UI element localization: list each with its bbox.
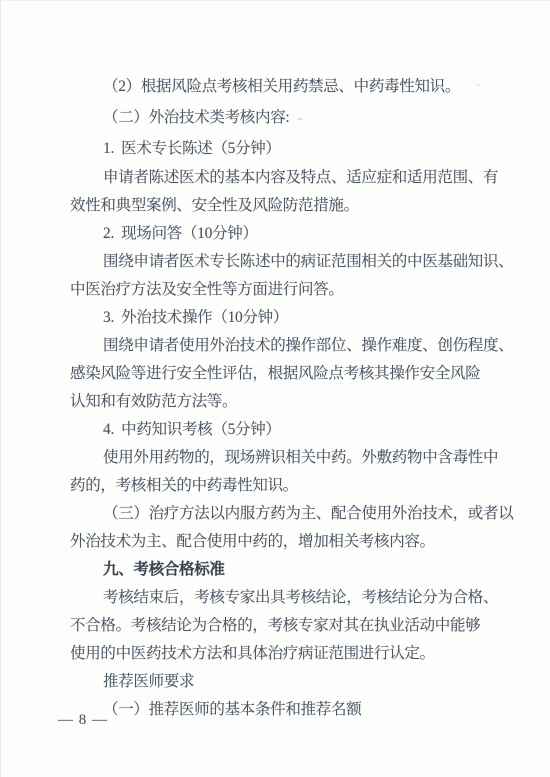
document-body: （2）根据风险点考核相关用药禁忌、中药毒性知识。 （二）外治技术类考核内容: 1…: [70, 71, 510, 724]
text-line: 不合格。考核结论为合格的，考核专家对其在执业活动中能够: [70, 612, 510, 640]
text-line: 2. 现场问答（10分钟）: [70, 220, 510, 248]
scan-speckle: [477, 84, 480, 86]
page-number: — 8 —: [58, 711, 108, 729]
text-line: 使用的中医药技术方法和具体治疗病证范围进行认定。: [70, 640, 510, 668]
text-line: （三）治疗方法以内服方药为主、配合使用外治技术，或者以: [70, 500, 510, 528]
text-line: 4. 中药知识考核（5分钟）: [70, 416, 510, 444]
section-9-heading: 九、考核合格标准: [70, 556, 510, 584]
text-line: 1. 医术专长陈述（5分钟）: [70, 133, 510, 164]
text-line: 考核结束后，考核专家出具考核结论，考核结论分为合格、: [70, 584, 510, 612]
text-line: 效性和典型案例、安全性及风险防范措施。: [70, 192, 510, 220]
scanned-document-page: （2）根据风险点考核相关用药禁忌、中药毒性知识。 （二）外治技术类考核内容: 1…: [0, 0, 550, 777]
text-line: 使用外用药物的，现场辨识相关中药。外敷药物中含毒性中: [70, 444, 510, 472]
text-line: （一）推荐医师的基本条件和推荐名额: [70, 696, 510, 724]
text-line: 3. 外治技术操作（10分钟）: [70, 304, 510, 332]
text-line: 申请者陈述医术的基本内容及特点、适应症和适用范围、有: [70, 164, 510, 192]
text-line: 药的，考核相关的中药毒性知识。: [70, 472, 510, 500]
text-line: （二）外治技术类考核内容:: [70, 102, 510, 133]
text-line: 认知和有效防范方法等。: [70, 388, 510, 416]
text-line: 围绕申请者医术专长陈述中的病证范围相关的中医基础知识、: [70, 248, 510, 276]
text-line: 外治技术为主、配合使用中药的，增加相关考核内容。: [70, 528, 510, 556]
text-line: 围绕申请者使用外治技术的操作部位、操作难度、创伤程度、: [70, 332, 510, 360]
text-line: （2）根据风险点考核相关用药禁忌、中药毒性知识。: [70, 71, 510, 102]
scan-speckle: [297, 118, 303, 120]
text-line: 感染风险等进行安全性评估，根据风险点考核其操作安全风险: [70, 360, 510, 388]
text-line: 中医治疗方法及安全性等方面进行问答。: [70, 276, 510, 304]
text-line: 推荐医师要求: [70, 668, 510, 696]
